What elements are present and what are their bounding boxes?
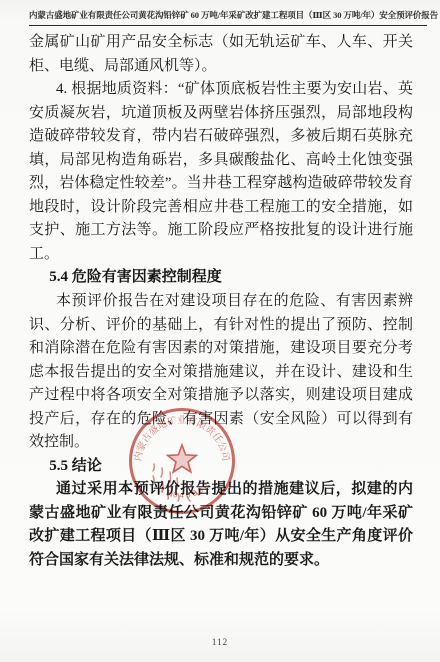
page-number: 112 <box>0 637 440 647</box>
report-page: 内蒙古盛地矿业有限责任公司黄花沟铅锌矿 60 万吨/年采矿改扩建工程项目（Ⅲ区 … <box>0 0 440 662</box>
page-header-title: 内蒙古盛地矿业有限责任公司黄花沟铅锌矿 60 万吨/年采矿改扩建工程项目（Ⅲ区 … <box>29 9 427 26</box>
section-heading-5-4: 5.4 危险有害因素控制程度 <box>29 266 413 290</box>
seal-star-icon <box>168 445 197 472</box>
seal-serial-number: 15040500 <box>159 480 213 500</box>
company-seal-stamp: 内蒙古盛地矿业有限责任公司 15040500 <box>127 406 237 516</box>
paragraph-geology: 4. 根据地质资料：“矿体顶底板岩性主要为安山岩、英安质凝灰岩，坑道顶板及两壁岩… <box>29 78 413 266</box>
paragraph-continuation: 金属矿山矿用产品安全标志（如无轨运矿车、人车、开关柜、电缆、局部通风机等）。 <box>29 31 413 78</box>
seal-serial-holder: 15040500 <box>159 480 213 500</box>
